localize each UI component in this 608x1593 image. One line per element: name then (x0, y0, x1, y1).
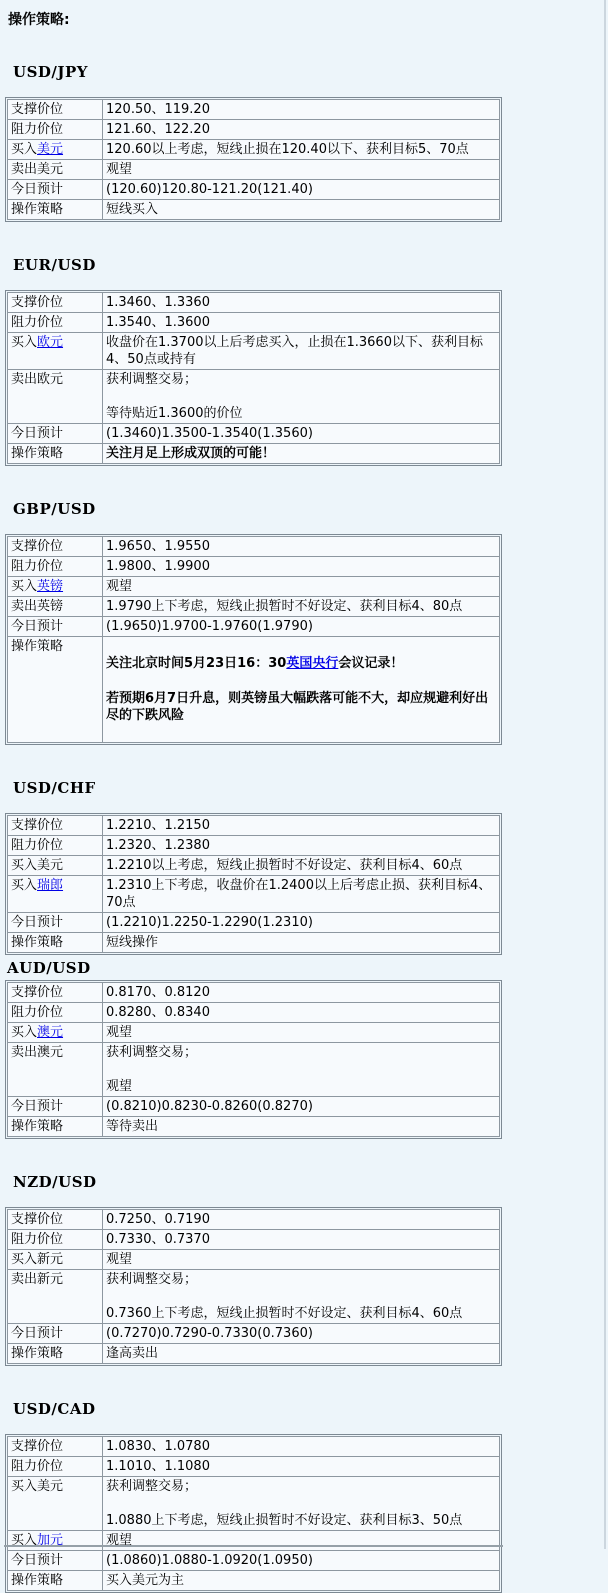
row-value: (1.9650)1.9700-1.9760(1.9790) (103, 617, 500, 637)
strategy-paragraph-2: 若预期6月7日升息，则英镑虽大幅跌落可能不大，却应规避利好出尽的下跌风险 (106, 690, 496, 724)
table-row: 卖出英镑 1.9790上下考虑，短线止损暂时不好设定、获利目标4、80点 (8, 597, 500, 617)
row-label: 买入欧元 (8, 333, 103, 370)
row-label: 阻力价位 (8, 1230, 103, 1250)
row-label: 今日预计 (8, 1551, 103, 1571)
table-row: 支撑价位 0.8170、0.8120 (8, 983, 500, 1003)
table-row: 今日预计 (0.8210)0.8230-0.8260(0.8270) (8, 1097, 500, 1117)
row-value: 观望 (103, 577, 500, 597)
table-row: 买入瑞郎 1.2310上下考虑，收盘价在1.2400以上后考虑止损、获利目标4、… (8, 876, 500, 913)
row-label: 今日预计 (8, 424, 103, 444)
strategy-text: 关注北京时间5月23日16：30 (106, 656, 286, 671)
chf-link[interactable]: 瑞郎 (37, 878, 63, 893)
row-label-text: 买入 (11, 335, 37, 350)
row-label: 阻力价位 (8, 1457, 103, 1477)
row-label: 今日预计 (8, 1097, 103, 1117)
row-value: (1.3460)1.3500-1.3540(1.3560) (103, 424, 500, 444)
row-label-text: 买入 (11, 1025, 37, 1040)
row-value: (0.8210)0.8230-0.8260(0.8270) (103, 1097, 500, 1117)
row-value: 1.1010、1.1080 (103, 1457, 500, 1477)
row-value: 1.9650、1.9550 (103, 537, 500, 557)
eur-usd-table: 支撑价位 1.3460、1.3360 阻力价位 1.3540、1.3600 买入… (5, 290, 502, 466)
row-value: 1.3540、1.3600 (103, 313, 500, 333)
row-label: 操作策略 (8, 1117, 103, 1137)
row-label: 操作策略 (8, 637, 103, 743)
table-row: 买入澳元 观望 (8, 1023, 500, 1043)
row-value: 获利调整交易； 0.7360上下考虑，短线止损暂时不好设定、获利目标4、60点 (103, 1270, 500, 1324)
table-row: 支撑价位 120.50、119.20 (8, 100, 500, 120)
next-table-top-edge (4, 1545, 503, 1547)
row-label: 买入新元 (8, 1250, 103, 1270)
row-value: (1.2210)1.2250-1.2290(1.2310) (103, 913, 500, 933)
row-value: (1.0860)1.0880-1.0920(1.0950) (103, 1551, 500, 1571)
boe-link[interactable]: 英国央行 (286, 656, 338, 671)
eur-link[interactable]: 欧元 (37, 335, 63, 350)
row-label: 卖出美元 (8, 160, 103, 180)
row-value: (120.60)120.80-121.20(121.40) (103, 180, 500, 200)
table-row: 今日预计 (0.7270)0.7290-0.7330(0.7360) (8, 1324, 500, 1344)
row-value-strategy-bold: 关注月足上形成双顶的可能！ (103, 444, 500, 464)
row-label: 操作策略 (8, 444, 103, 464)
row-value: 观望 (103, 160, 500, 180)
row-value: 1.2210以上考虑，短线止损暂时不好设定、获利目标4、60点 (103, 856, 500, 876)
gbp-link[interactable]: 英镑 (37, 579, 63, 594)
table-row: 支撑价位 1.0830、1.0780 (8, 1437, 500, 1457)
row-label: 卖出欧元 (8, 370, 103, 424)
row-value: 1.2210、1.2150 (103, 816, 500, 836)
table-row: 今日预计 (1.3460)1.3500-1.3540(1.3560) (8, 424, 500, 444)
row-label: 阻力价位 (8, 1003, 103, 1023)
pair-heading-usd-jpy: USD/JPY (13, 63, 608, 81)
pair-heading-usd-chf: USD/CHF (13, 779, 608, 797)
aud-link[interactable]: 澳元 (37, 1025, 63, 1040)
table-row: 买入美元 120.60以上考虑，短线止损在120.40以下、获利目标5、70点 (8, 140, 500, 160)
row-value: 短线操作 (103, 933, 500, 953)
row-label: 操作策略 (8, 1571, 103, 1591)
table-row: 阻力价位 121.60、122.20 (8, 120, 500, 140)
table-row: 卖出美元 观望 (8, 160, 500, 180)
usd-link[interactable]: 美元 (37, 142, 63, 157)
table-row: 阻力价位 0.7330、0.7370 (8, 1230, 500, 1250)
row-label: 操作策略 (8, 933, 103, 953)
table-row: 支撑价位 1.9650、1.9550 (8, 537, 500, 557)
row-label: 操作策略 (8, 1344, 103, 1364)
row-value: 121.60、122.20 (103, 120, 500, 140)
row-label: 支撑价位 (8, 983, 103, 1003)
row-value: 收盘价在1.3700以上后考虑买入，止损在1.3660以下、获利目标4、50点或… (103, 333, 500, 370)
table-row: 买入英镑 观望 (8, 577, 500, 597)
row-label: 阻力价位 (8, 120, 103, 140)
row-label-text: 买入 (11, 142, 37, 157)
pair-heading-usd-cad: USD/CAD (13, 1400, 608, 1418)
row-value: 观望 (103, 1250, 500, 1270)
table-row: 卖出澳元 获利调整交易； 观望 (8, 1043, 500, 1097)
table-row: 买入美元 获利调整交易； 1.0880上下考虑，短线止损暂时不好设定、获利目标3… (8, 1477, 500, 1531)
table-row: 操作策略 等待卖出 (8, 1117, 500, 1137)
row-value: 买入美元为主 (103, 1571, 500, 1591)
table-row: 卖出新元 获利调整交易； 0.7360上下考虑，短线止损暂时不好设定、获利目标4… (8, 1270, 500, 1324)
row-label: 支撑价位 (8, 293, 103, 313)
table-row: 卖出欧元 获利调整交易； 等待贴近1.3600的价位 (8, 370, 500, 424)
row-label: 支撑价位 (8, 816, 103, 836)
table-row: 买入美元 1.2210以上考虑，短线止损暂时不好设定、获利目标4、60点 (8, 856, 500, 876)
usd-chf-table: 支撑价位 1.2210、1.2150 阻力价位 1.2320、1.2380 买入… (5, 813, 502, 955)
row-label-text: 买入 (11, 579, 37, 594)
row-value: 1.2320、1.2380 (103, 836, 500, 856)
row-value: 观望 (103, 1023, 500, 1043)
strategy-text: 会议记录！ (338, 656, 403, 671)
row-value: 1.2310上下考虑，收盘价在1.2400以上后考虑止损、获利目标4、70点 (103, 876, 500, 913)
table-row: 今日预计 (1.9650)1.9700-1.9760(1.9790) (8, 617, 500, 637)
row-value: 短线买入 (103, 200, 500, 220)
row-value: 0.8170、0.8120 (103, 983, 500, 1003)
row-label-text: 买入 (11, 878, 37, 893)
row-label: 买入加元 (8, 1531, 103, 1551)
row-value: 120.50、119.20 (103, 100, 500, 120)
table-row: 支撑价位 0.7250、0.7190 (8, 1210, 500, 1230)
row-label: 支撑价位 (8, 537, 103, 557)
row-label: 卖出英镑 (8, 597, 103, 617)
table-row: 今日预计 (1.0860)1.0880-1.0920(1.0950) (8, 1551, 500, 1571)
row-label: 买入英镑 (8, 577, 103, 597)
row-label: 支撑价位 (8, 1210, 103, 1230)
row-value: 观望 (103, 1531, 500, 1551)
row-value: 1.9790上下考虑，短线止损暂时不好设定、获利目标4、80点 (103, 597, 500, 617)
row-value: 等待卖出 (103, 1117, 500, 1137)
row-label: 阻力价位 (8, 836, 103, 856)
pair-heading-gbp-usd: GBP/USD (13, 500, 608, 518)
pair-heading-eur-usd: EUR/USD (13, 256, 608, 274)
row-label: 卖出新元 (8, 1270, 103, 1324)
row-value: 0.8280、0.8340 (103, 1003, 500, 1023)
table-row: 支撑价位 1.2210、1.2150 (8, 816, 500, 836)
row-value: 0.7250、0.7190 (103, 1210, 500, 1230)
table-row: 操作策略 短线操作 (8, 933, 500, 953)
table-row: 今日预计 (1.2210)1.2250-1.2290(1.2310) (8, 913, 500, 933)
row-label: 买入美元 (8, 856, 103, 876)
usd-jpy-table: 支撑价位 120.50、119.20 阻力价位 121.60、122.20 买入… (5, 97, 502, 222)
row-label: 阻力价位 (8, 313, 103, 333)
row-label: 卖出澳元 (8, 1043, 103, 1097)
table-row: 阻力价位 1.2320、1.2380 (8, 836, 500, 856)
row-label: 今日预计 (8, 1324, 103, 1344)
row-value: 1.9800、1.9900 (103, 557, 500, 577)
page-right-border (604, 0, 606, 1549)
row-value: 获利调整交易； 观望 (103, 1043, 500, 1097)
table-row: 今日预计 (120.60)120.80-121.20(121.40) (8, 180, 500, 200)
row-value: (0.7270)0.7290-0.7330(0.7360) (103, 1324, 500, 1344)
row-label: 买入美元 (8, 1477, 103, 1531)
table-row: 支撑价位 1.3460、1.3360 (8, 293, 500, 313)
table-row: 操作策略 逢高卖出 (8, 1344, 500, 1364)
row-value: 1.0830、1.0780 (103, 1437, 500, 1457)
nzd-usd-table: 支撑价位 0.7250、0.7190 阻力价位 0.7330、0.7370 买入… (5, 1207, 502, 1366)
table-row: 操作策略 关注北京时间5月23日16：30英国央行会议记录！ 若预期6月7日升息… (8, 637, 500, 743)
pair-heading-aud-usd: AUD/USD (7, 959, 608, 977)
row-value-strategy-bold: 关注北京时间5月23日16：30英国央行会议记录！ 若预期6月7日升息，则英镑虽… (103, 637, 500, 743)
row-label: 买入美元 (8, 140, 103, 160)
row-value: 获利调整交易； 1.0880上下考虑，短线止损暂时不好设定、获利目标3、50点 (103, 1477, 500, 1531)
row-value: 120.60以上考虑，短线止损在120.40以下、获利目标5、70点 (103, 140, 500, 160)
row-value: 0.7330、0.7370 (103, 1230, 500, 1250)
table-row: 阻力价位 1.3540、1.3600 (8, 313, 500, 333)
table-row: 阻力价位 1.9800、1.9900 (8, 557, 500, 577)
row-label: 操作策略 (8, 200, 103, 220)
row-label: 今日预计 (8, 913, 103, 933)
pair-heading-nzd-usd: NZD/USD (13, 1173, 608, 1191)
table-row: 买入欧元 收盘价在1.3700以上后考虑买入，止损在1.3660以下、获利目标4… (8, 333, 500, 370)
row-label: 支撑价位 (8, 100, 103, 120)
table-row: 买入加元 观望 (8, 1531, 500, 1551)
table-row: 操作策略 买入美元为主 (8, 1571, 500, 1591)
table-row: 阻力价位 1.1010、1.1080 (8, 1457, 500, 1477)
page-title: 操作策略: (8, 9, 608, 29)
row-value: 获利调整交易； 等待贴近1.3600的价位 (103, 370, 500, 424)
table-row: 操作策略 关注月足上形成双顶的可能！ (8, 444, 500, 464)
gbp-usd-table: 支撑价位 1.9650、1.9550 阻力价位 1.9800、1.9900 买入… (5, 534, 502, 745)
row-value: 逢高卖出 (103, 1344, 500, 1364)
row-label: 买入瑞郎 (8, 876, 103, 913)
table-row: 阻力价位 0.8280、0.8340 (8, 1003, 500, 1023)
table-row: 买入新元 观望 (8, 1250, 500, 1270)
table-row: 操作策略 短线买入 (8, 200, 500, 220)
row-label: 今日预计 (8, 617, 103, 637)
row-label: 支撑价位 (8, 1437, 103, 1457)
row-label: 今日预计 (8, 180, 103, 200)
row-label: 阻力价位 (8, 557, 103, 577)
aud-usd-table: 支撑价位 0.8170、0.8120 阻力价位 0.8280、0.8340 买入… (5, 980, 502, 1139)
usd-cad-table: 支撑价位 1.0830、1.0780 阻力价位 1.1010、1.1080 买入… (5, 1434, 502, 1593)
row-label: 买入澳元 (8, 1023, 103, 1043)
row-value: 1.3460、1.3360 (103, 293, 500, 313)
